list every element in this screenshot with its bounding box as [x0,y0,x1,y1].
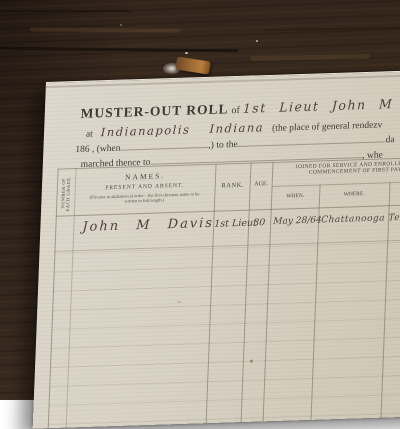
blank-field [120,138,208,151]
to-the-print: ,) to the [208,140,238,151]
document-title: MUSTER-OUT ROLL [80,101,228,122]
when-column-header: WHEN. [271,192,319,200]
number-column-header: NUMBER OF EACH GRADE. [57,174,74,213]
muster-out-roll-document: MUSTER-OUT ROLL of 1st Lieut John M Davi… [33,69,400,400]
year-print: 186 , (when [75,144,120,155]
dust-speck [120,24,122,26]
blank-field [238,132,386,147]
where-column-header: WHERE. [319,190,389,198]
of-label: of [228,105,243,116]
officer-name-handwriting: 1st Lieut John M Davis Co. [243,93,400,116]
day-print-cut: da [385,135,394,145]
entry-age-handwriting: 30 [253,217,266,228]
names-header-label: NAMES. [76,170,214,183]
entry-name-handwriting: John M Davis [82,216,214,235]
plank-seam [0,10,130,12]
rank-column-header: RANK. [216,182,250,190]
joined-header-divider [272,181,400,187]
names-note-label: (Privates in alphabetical order—the firs… [75,191,213,205]
entry-when-handwriting: May 28/64 [273,215,322,227]
rendezvous-print: (the place of general rendezv [272,120,383,133]
entry-rank-handwriting: 1st Lieut [214,217,257,229]
age-column-header: AGE. [251,181,272,188]
number-column-vertical-label: NUMBER OF EACH GRADE. [60,174,71,212]
dust-speck [185,52,188,54]
dust-speck [256,40,258,42]
names-column-header: NAMES. PRESENT AND ABSENT. (Privates in … [75,170,214,205]
faint-row-ruling [48,241,400,400]
